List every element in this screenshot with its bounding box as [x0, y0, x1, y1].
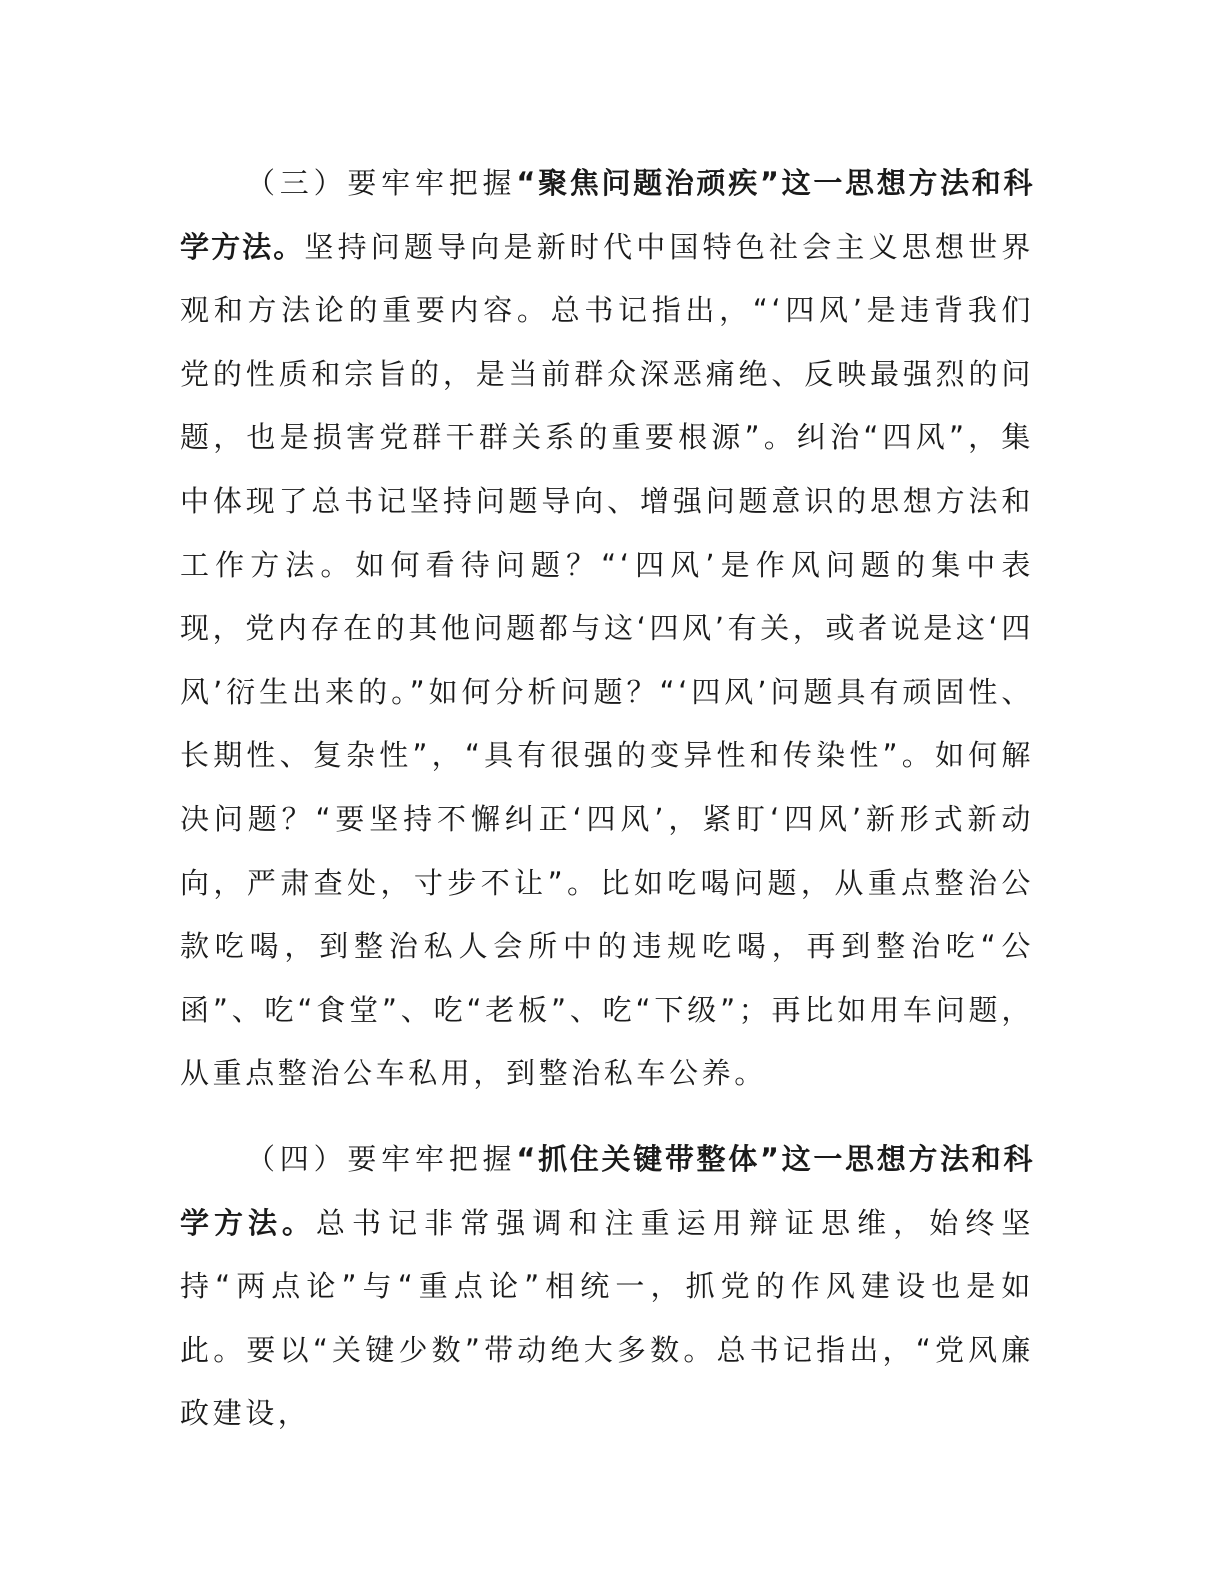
paragraph-section-3: （三）要牢牢把握“聚焦问题治顽疾”这一思想方法和科学方法。坚持问题导向是新时代中… [180, 152, 1034, 1106]
section-4-lead: （四）要牢牢把握 [246, 1142, 516, 1176]
document-page: （三）要牢牢把握“聚焦问题治顽疾”这一思想方法和科学方法。坚持问题导向是新时代中… [180, 152, 1034, 1446]
paragraph-section-4: （四）要牢牢把握“抓住关键带整体”这一思想方法和科学方法。总书记非常强调和注重运… [180, 1128, 1034, 1446]
section-3-body: 坚持问题导向是新时代中国特色社会主义思想世界观和方法论的重要内容。总书记指出，“… [180, 230, 1034, 1091]
section-3-lead: （三）要牢牢把握 [246, 166, 516, 200]
